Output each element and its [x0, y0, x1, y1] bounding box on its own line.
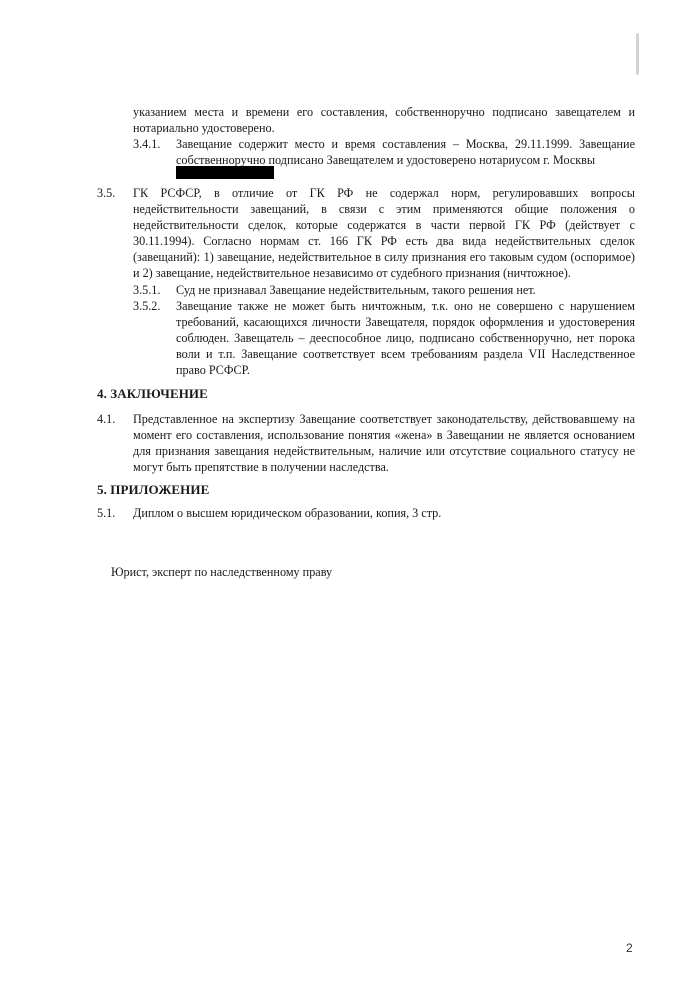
redaction-box — [176, 166, 274, 179]
item-number-3-5-2: 3.5.2. — [133, 298, 160, 314]
item-number-4-1: 4.1. — [97, 411, 115, 427]
section-4-heading: 4. ЗАКЛЮЧЕНИЕ — [97, 386, 208, 402]
item-number-3-5: 3.5. — [97, 185, 115, 201]
item-3-5-1-text: Суд не признавал Завещание недействитель… — [176, 282, 635, 298]
item-3-4-1-text: Завещание содержит место и время составл… — [176, 136, 635, 168]
page-number: 2 — [626, 941, 633, 955]
item-3-5-text: ГК РСФСР, в отличие от ГК РФ не содержал… — [133, 185, 635, 282]
item-3-5-2-text: Завещание также не может быть ничтожным,… — [176, 298, 635, 378]
item-5-1-text: Диплом о высшем юридическом образовании,… — [133, 505, 635, 521]
item-number-5-1: 5.1. — [97, 505, 115, 521]
intro-paragraph: указанием места и времени его составлени… — [133, 104, 635, 136]
section-5-heading: 5. ПРИЛОЖЕНИЕ — [97, 482, 209, 498]
signature-line: Юрист, эксперт по наследственному праву — [111, 564, 511, 580]
item-4-1-text: Представленное на экспертизу Завещание с… — [133, 411, 635, 475]
item-number-3-5-1: 3.5.1. — [133, 282, 160, 298]
document-page: указанием места и времени его составлени… — [0, 0, 700, 990]
item-number-3-4-1: 3.4.1. — [133, 136, 160, 152]
